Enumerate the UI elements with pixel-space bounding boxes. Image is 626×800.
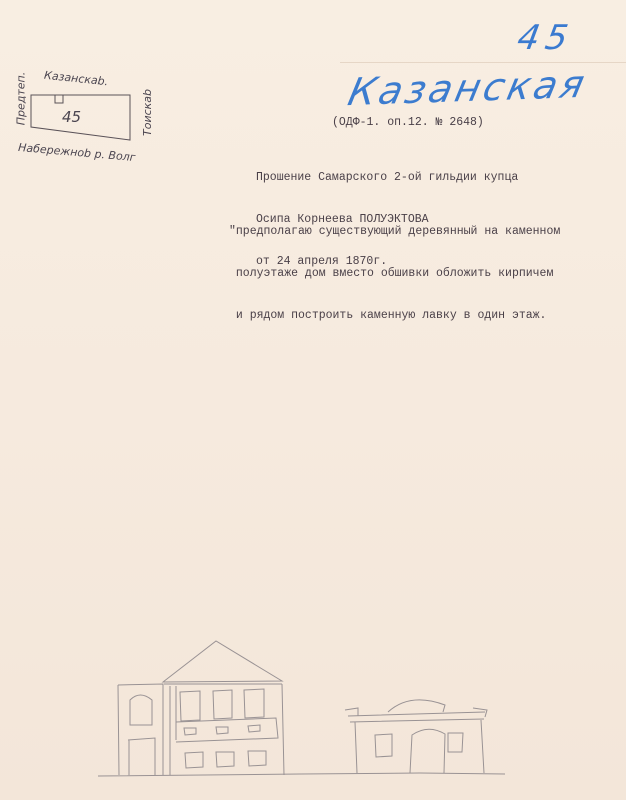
building-sketch — [0, 0, 626, 800]
